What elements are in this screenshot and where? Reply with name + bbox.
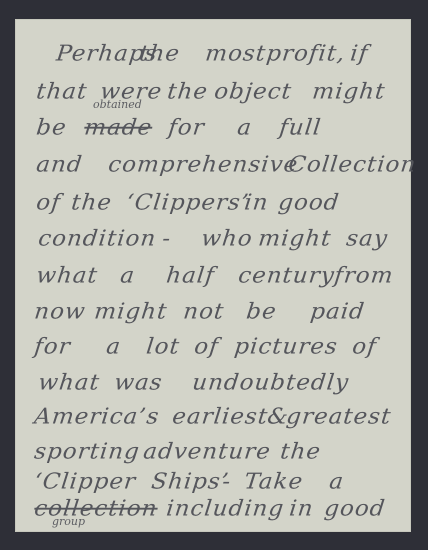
inserted-word-group: group bbox=[52, 515, 85, 528]
word: lot bbox=[145, 334, 181, 359]
word: of bbox=[351, 334, 378, 359]
word: be bbox=[35, 115, 68, 140]
word: ‘Clipper bbox=[33, 469, 137, 494]
word: of bbox=[35, 190, 62, 215]
word: that bbox=[35, 79, 89, 104]
word: for bbox=[167, 115, 206, 140]
word: good bbox=[277, 190, 341, 215]
text-line-2: that were the object might bbox=[15, 78, 411, 112]
word: America’s bbox=[33, 404, 161, 429]
text-line-8: now might not be paid bbox=[15, 298, 411, 332]
word: a bbox=[236, 115, 253, 140]
word: half bbox=[165, 263, 216, 288]
word: from bbox=[333, 263, 395, 288]
word: was bbox=[113, 370, 164, 395]
text-line-10: what was undoubtedly bbox=[15, 369, 411, 403]
inserted-word-obtained: obtained bbox=[93, 98, 142, 111]
word: might bbox=[257, 226, 333, 251]
word: and bbox=[35, 152, 84, 177]
word: Take bbox=[243, 469, 305, 494]
word: in bbox=[243, 190, 270, 215]
word: what bbox=[35, 263, 99, 288]
word: say bbox=[345, 226, 389, 251]
word: adventure bbox=[142, 439, 272, 464]
letter-page: Perhaps the most profit, if that were th… bbox=[15, 19, 411, 532]
text-line-12: sporting adventure the bbox=[15, 438, 411, 472]
word: Ships’ bbox=[150, 469, 230, 494]
word: condition bbox=[37, 226, 158, 251]
word: paid bbox=[309, 299, 366, 324]
text-line-11: America’s earliest & greatest bbox=[15, 403, 411, 437]
word: a bbox=[119, 263, 136, 288]
text-line-4: and comprehensive Collection bbox=[15, 151, 411, 185]
word: who bbox=[200, 226, 254, 251]
word: comprehensive bbox=[107, 152, 300, 177]
word: what bbox=[37, 370, 101, 395]
word: greatest bbox=[285, 404, 393, 429]
word: Collection bbox=[287, 152, 418, 177]
text-line-1: Perhaps the most profit, if bbox=[15, 40, 411, 74]
text-line-7: what a half century from bbox=[15, 262, 411, 296]
word: the bbox=[279, 439, 322, 464]
word: now bbox=[33, 299, 87, 324]
word: be bbox=[245, 299, 278, 324]
word: object bbox=[213, 79, 293, 104]
text-line-9: for a lot of pictures of bbox=[15, 333, 411, 367]
word: ‘Clippers’ bbox=[125, 190, 251, 215]
word: if bbox=[349, 41, 370, 66]
word: not bbox=[182, 299, 226, 324]
word: a bbox=[328, 469, 345, 494]
text-line-5: of the ‘Clippers’ in good bbox=[15, 189, 411, 223]
word: century bbox=[237, 263, 336, 288]
word: undoubtedly bbox=[191, 370, 350, 395]
word: most bbox=[204, 41, 267, 66]
word: the bbox=[138, 41, 181, 66]
word: might bbox=[311, 79, 387, 104]
word: - bbox=[221, 469, 233, 494]
word: might bbox=[93, 299, 169, 324]
word: of bbox=[193, 334, 220, 359]
word: including bbox=[165, 496, 286, 521]
text-line-3: be made for a full bbox=[15, 114, 411, 148]
word: - bbox=[161, 226, 173, 251]
word: the bbox=[70, 190, 113, 215]
word: good bbox=[323, 496, 387, 521]
word: a bbox=[105, 334, 122, 359]
word: the bbox=[166, 79, 209, 104]
word: sporting bbox=[33, 439, 141, 464]
text-line-6: condition - who might say bbox=[15, 225, 411, 259]
word: earliest bbox=[171, 404, 269, 429]
word: for bbox=[33, 334, 72, 359]
word: in bbox=[288, 496, 315, 521]
struck-word: made bbox=[83, 115, 154, 140]
word: full bbox=[278, 115, 323, 140]
word: profit, bbox=[265, 41, 347, 66]
word: pictures bbox=[233, 334, 339, 359]
